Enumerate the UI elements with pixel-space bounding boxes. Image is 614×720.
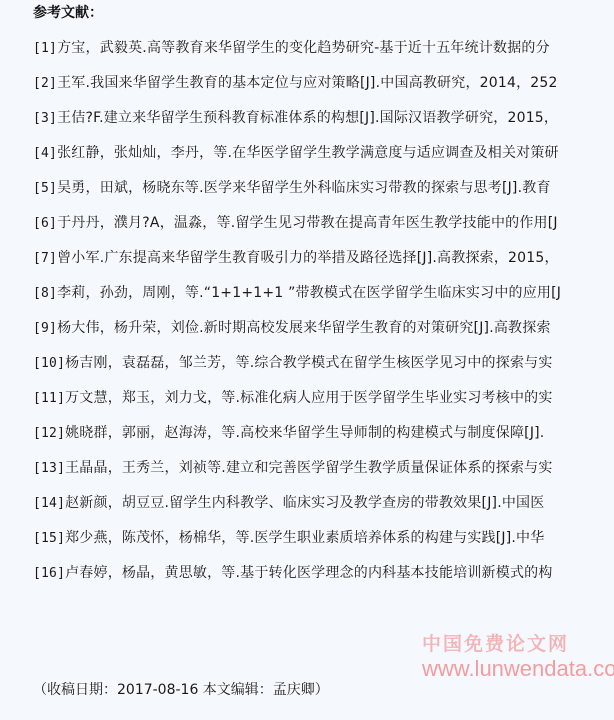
reference-text: 杨吉刚，袁磊磊，邹兰芳，等.综合教学模式在留学生核医学见习中的探索与实: [65, 355, 552, 371]
reference-number: [3]: [33, 111, 57, 126]
reference-number: [5]: [33, 181, 57, 196]
reference-item: [7]曾小军.广东提高来华留学生教育吸引力的举措及路径选择[J].高教探索，20…: [33, 248, 614, 283]
reference-item: [15]郑少燕，陈茂怀，杨棉华，等.医学生职业素质培养体系的构建与实践[J].中…: [33, 528, 614, 563]
reference-text: 赵新颜，胡豆豆.留学生内科教学、临床实习及教学查房的带教效果[J].中国医: [65, 495, 544, 511]
reference-number: [7]: [33, 251, 57, 266]
reference-number: [10]: [33, 356, 65, 371]
reference-text: 方宝，武毅英.高等教育来华留学生的变化趋势研究-基于近十五年统计数据的分: [57, 40, 550, 56]
reference-number: [9]: [33, 321, 57, 336]
reference-item: [12]姚晓群，郭丽，赵海涛，等.高校来华留学生导师制的构建模式与制度保障[J]…: [33, 423, 614, 458]
reference-text: 于丹丹，濮月?A，温淼，等.留学生见习带教在提高青年医生教学技能中的作用[J: [57, 215, 558, 231]
reference-text: 万文慧，郑玉，刘力戈，等.标准化病人应用于医学留学生毕业实习考核中的实: [65, 390, 552, 406]
reference-item: [9]杨大伟，杨升荣，刘俭.新时期高校发展来华留学生教育的对策研究[J].高教探…: [33, 318, 614, 353]
reference-number: [11]: [33, 391, 65, 406]
reference-text: 吴勇，田斌，杨晓东等.医学来华留学生外科临床实习带教的探索与思考[J].教育: [57, 180, 551, 196]
reference-item: [5]吴勇，田斌，杨晓东等.医学来华留学生外科临床实习带教的探索与思考[J].教…: [33, 178, 614, 213]
reference-number: [8]: [33, 286, 57, 301]
watermark: 中国免费论文网 www.lunwendata.com: [428, 633, 614, 681]
reference-number: [16]: [33, 566, 65, 581]
reference-number: [4]: [33, 146, 57, 161]
reference-number: [13]: [33, 461, 65, 476]
reference-item: [16]卢春婷，杨晶，黄思敏，等.基于转化医学理念的内科基本技能培训新模式的构: [33, 563, 614, 598]
reference-text: 郑少燕，陈茂怀，杨棉华，等.医学生职业素质培养体系的构建与实践[J].中华: [65, 530, 544, 546]
references-heading: 参考文献：: [33, 4, 103, 22]
reference-text: 王晶晶，王秀兰，刘祯等.建立和完善医学留学生教学质量保证体系的探索与实: [65, 460, 552, 476]
reference-text: 卢春婷，杨晶，黄思敏，等.基于转化医学理念的内科基本技能培训新模式的构: [65, 565, 552, 581]
watermark-url: www.lunwendata.com: [422, 657, 614, 681]
reference-item: [8]李莉，孙劲，周刚，等.“1+1+1+1 ”带教模式在医学留学生临床实习中的…: [33, 283, 614, 318]
reference-item: [3]王佶?F.建立来华留学生预科教育标准体系的构想[J].国际汉语教学研究，2…: [33, 108, 614, 143]
reference-text: 张红静，张灿灿，李丹，等.在华医学留学生教学满意度与适应调查及相关对策研: [57, 145, 559, 161]
reference-text: 王军.我国来华留学生教育的基本定位与应对策略[J].中国高教研究，2014，25…: [57, 75, 558, 91]
reference-item: [14]赵新颜，胡豆豆.留学生内科教学、临床实习及教学查房的带教效果[J].中国…: [33, 493, 614, 528]
received-date-note: （收稿日期：2017-08-16 本文编辑：孟庆卿）: [33, 680, 329, 700]
reference-item: [4]张红静，张灿灿，李丹，等.在华医学留学生教学满意度与适应调查及相关对策研: [33, 143, 614, 178]
reference-number: [15]: [33, 531, 65, 546]
reference-item: [2]王军.我国来华留学生教育的基本定位与应对策略[J].中国高教研究，2014…: [33, 73, 614, 108]
reference-text: 姚晓群，郭丽，赵海涛，等.高校来华留学生导师制的构建模式与制度保障[J].: [65, 425, 544, 441]
watermark-chinese: 中国免费论文网: [422, 633, 614, 655]
reference-number: [14]: [33, 496, 65, 511]
reference-text: 曾小军.广东提高来华留学生教育吸引力的举措及路径选择[J].高教探索，2015，: [57, 250, 559, 266]
reference-item: [10]杨吉刚，袁磊磊，邹兰芳，等.综合教学模式在留学生核医学见习中的探索与实: [33, 353, 614, 388]
reference-text: 杨大伟，杨升荣，刘俭.新时期高校发展来华留学生教育的对策研究[J].高教探索: [57, 320, 551, 336]
reference-number: [2]: [33, 76, 57, 91]
reference-item: [11]万文慧，郑玉，刘力戈，等.标准化病人应用于医学留学生毕业实习考核中的实: [33, 388, 614, 423]
reference-number: [1]: [33, 41, 57, 56]
reference-item: [6]于丹丹，濮月?A，温淼，等.留学生见习带教在提高青年医生教学技能中的作用[…: [33, 213, 614, 248]
reference-item: [1]方宝，武毅英.高等教育来华留学生的变化趋势研究-基于近十五年统计数据的分: [33, 38, 614, 73]
reference-item: [13]王晶晶，王秀兰，刘祯等.建立和完善医学留学生教学质量保证体系的探索与实: [33, 458, 614, 493]
reference-number: [12]: [33, 426, 65, 441]
document-page: 参考文献： [1]方宝，武毅英.高等教育来华留学生的变化趋势研究-基于近十五年统…: [0, 0, 614, 720]
reference-number: [6]: [33, 216, 57, 231]
reference-list: [1]方宝，武毅英.高等教育来华留学生的变化趋势研究-基于近十五年统计数据的分 …: [33, 38, 614, 598]
reference-text: 王佶?F.建立来华留学生预科教育标准体系的构想[J].国际汉语教学研究，2015…: [57, 110, 558, 126]
reference-text: 李莉，孙劲，周刚，等.“1+1+1+1 ”带教模式在医学留学生临床实习中的应用[…: [57, 285, 561, 301]
